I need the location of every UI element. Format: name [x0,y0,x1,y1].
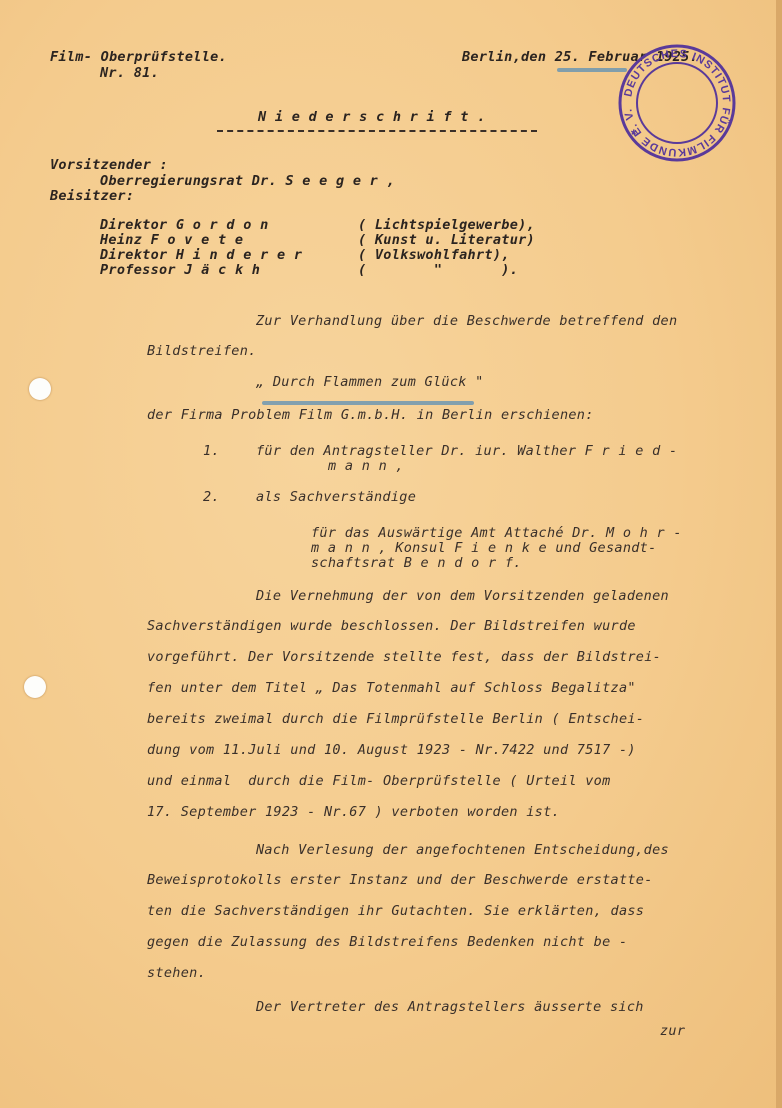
blue-underline-title [262,401,474,405]
intro-line: Zur Verhandlung über die Beschwerde betr… [256,314,677,329]
authority-header: Film- Oberprüfstelle. [50,50,227,65]
document-title: N i e d e r s c h r i f t . [258,110,486,125]
item-text: als Sachverständige [256,490,416,505]
assessors-label: Beisitzer: [50,189,134,204]
film-title: „ Durch Flammen zum Glück " [256,375,484,390]
item-text: m a n n , [328,459,404,474]
paper-edge [776,0,782,1108]
paragraph-line: gegen die Zulassung des Bildstreifens Be… [147,935,627,950]
paragraph-line: bereits zweimal durch die Filmprüfstelle… [147,712,644,727]
item-number: 1. [203,444,220,459]
experts-line: m a n n , Konsul F i e n k e und Gesandt… [311,541,657,556]
assessor-role: ( Lichtspielgewerbe), [358,218,535,233]
paragraph-line: dung vom 11.Juli und 10. August 1923 - N… [147,743,636,758]
experts-line: für das Auswärtige Amt Attaché Dr. M o h… [311,526,682,541]
assessor-name: Professor J ä c k h [100,263,260,278]
continuation-word: zur [660,1024,685,1039]
stamp-text: DEUTSCHES INSTITUT FÜR FILMKUNDE E. V. [622,48,732,158]
stamp-star-icon: * [631,126,637,142]
document-page: Film- Oberprüfstelle. Nr. 81. Berlin,den… [0,0,782,1108]
item-number: 2. [203,490,220,505]
company-line: der Firma Problem Film G.m.b.H. in Berli… [147,408,594,423]
document-number: Nr. 81. [100,66,159,81]
assessor-name: Direktor H i n d e r e r [100,248,302,263]
paragraph-line: stehen. [147,966,206,981]
paragraph-line: 17. September 1923 - Nr.67 ) verboten wo… [147,805,560,820]
experts-line: schaftsrat B e n d o r f. [311,556,522,571]
stamp-circle-icon: DEUTSCHES INSTITUT FÜR FILMKUNDE E. V. * [617,43,737,163]
assessor-role: ( Kunst u. Literatur) [358,233,535,248]
paragraph-line: ten die Sachverständigen ihr Gutachten. … [147,904,644,919]
paragraph-line: Die Vernehmung der von dem Vorsitzenden … [256,589,669,604]
title-underline [217,130,537,132]
punch-hole-top [29,378,51,400]
assessor-name: Direktor G o r d o n [100,218,269,233]
paragraph-line: Der Vertreter des Antragstellers äussert… [256,1000,644,1015]
paragraph-line: und einmal durch die Film- Oberprüfstell… [147,774,611,789]
paragraph-line: vorgeführt. Der Vorsitzende stellte fest… [147,650,661,665]
item-text: für den Antragsteller Dr. iur. Walther F… [256,444,677,459]
assessor-role: ( Volkswohlfahrt), [358,248,510,263]
chair-label: Vorsitzender : [50,158,168,173]
paragraph-line: Nach Verlesung der angefochtenen Entsche… [256,843,669,858]
paragraph-line: Beweisprotokolls erster Instanz und der … [147,873,653,888]
paragraph-line: fen unter dem Titel „ Das Totenmahl auf … [147,681,636,696]
punch-hole-bottom [24,676,46,698]
chair-name: Oberregierungsrat Dr. S e e g e r , [100,174,395,189]
assessor-name: Heinz F o v e t e [100,233,243,248]
assessor-role: ( " ). [358,263,518,278]
paragraph-line: Sachverständigen wurde beschlossen. Der … [147,619,636,634]
institute-stamp: DEUTSCHES INSTITUT FÜR FILMKUNDE E. V. * [617,43,737,163]
intro-line: Bildstreifen. [147,344,257,359]
